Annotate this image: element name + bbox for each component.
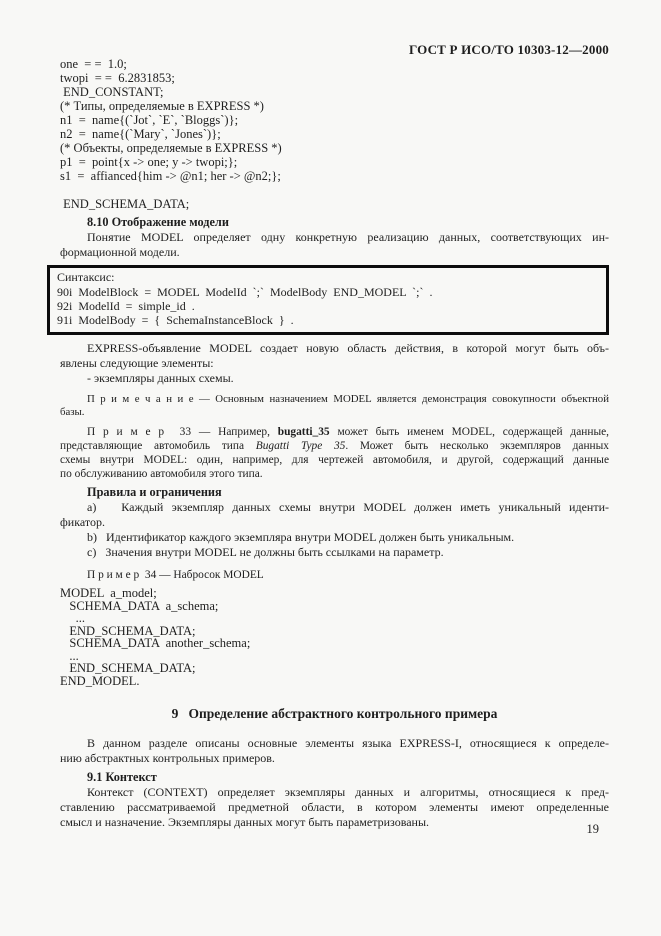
text-line: Понятие MODEL определяет одну конкретную… bbox=[60, 230, 609, 245]
rule-item-a: a) Каждый экземпляр данных схемы внутри … bbox=[60, 500, 609, 530]
text-line: П р и м е ч а н и е — Основным назначени… bbox=[60, 393, 609, 406]
text-line: В данном разделе описаны основные элемен… bbox=[60, 736, 609, 751]
text-line: фикатор. bbox=[60, 515, 609, 530]
text-line: представляющие автомобиль типа Bugatti T… bbox=[60, 439, 609, 453]
example-34-caption: П р и м е р 34 — Набросок MODEL bbox=[60, 568, 609, 582]
text-line: ставлению рассматриваемой предметной обл… bbox=[60, 800, 609, 815]
text-line: Контекст (CONTEXT) определяет экземпляры… bbox=[60, 785, 609, 800]
rule-item-b: b) Идентификатор каждого экземпляра внут… bbox=[60, 530, 609, 545]
text-line: a) Каждый экземпляр данных схемы внутри … bbox=[60, 500, 609, 515]
text-line: по обслуживанию автомобиля этого типа. bbox=[60, 467, 609, 481]
section-8-10-heading: 8.10 Отображение модели bbox=[60, 215, 609, 230]
schema-data-code-listing: one = = 1.0; twopi = = 6.2831853; END_CO… bbox=[60, 57, 609, 211]
text-line: явлены следующие элементы: bbox=[60, 356, 609, 371]
section-8-10-intro-paragraph: Понятие MODEL определяет одну конкретную… bbox=[60, 230, 609, 260]
document-page: ГОСТ Р ИСО/ТО 10303-12—2000 one = = 1.0;… bbox=[0, 0, 661, 936]
running-header: ГОСТ Р ИСО/ТО 10303-12—2000 bbox=[60, 42, 609, 57]
text-line: П р и м е р 34 — Набросок MODEL bbox=[60, 568, 609, 582]
syntax-box: Синтаксис: 90i ModelBlock = MODEL ModelI… bbox=[47, 265, 609, 335]
syntax-rules: 90i ModelBlock = MODEL ModelId `;` Model… bbox=[57, 285, 598, 327]
note-paragraph: П р и м е ч а н и е — Основным назначени… bbox=[60, 393, 609, 419]
model-scope-paragraph: EXPRESS-объявление MODEL создает новую о… bbox=[60, 341, 609, 371]
text-line: нию абстрактных контрольных примеров. bbox=[60, 751, 609, 766]
syntax-box-label: Синтаксис: bbox=[57, 270, 598, 285]
text-line: EXPRESS-объявление MODEL создает новую о… bbox=[60, 341, 609, 356]
text-line: смысл и назначение. Экземпляры данных мо… bbox=[60, 815, 609, 830]
scope-list-item: - экземпляры данных схемы. bbox=[60, 371, 609, 386]
model-sketch-code-listing: MODEL a_model; SCHEMA_DATA a_schema; ...… bbox=[60, 587, 609, 687]
text-line: схемы внутри MODEL: один, например, для … bbox=[60, 453, 609, 467]
page-number: 19 bbox=[587, 822, 600, 837]
rule-item-c: c) Значения внутри MODEL не должны быть … bbox=[60, 545, 609, 560]
text-line: формационной модели. bbox=[60, 245, 609, 260]
section-9-1-heading: 9.1 Контекст bbox=[60, 770, 609, 785]
text-line: c) Значения внутри MODEL не должны быть … bbox=[60, 545, 609, 560]
text-line: - экземпляры данных схемы. bbox=[60, 371, 609, 386]
text-line: П р и м е р 33 — Например, bugatti_35 мо… bbox=[60, 425, 609, 439]
example-33-paragraph: П р и м е р 33 — Например, bugatti_35 мо… bbox=[60, 425, 609, 481]
rules-and-constraints-heading: Правила и ограничения bbox=[60, 485, 609, 500]
section-9-heading: 9 Определение абстрактного контрольного … bbox=[60, 705, 609, 723]
text-line: базы. bbox=[60, 406, 609, 419]
text-line: b) Идентификатор каждого экземпляра внут… bbox=[60, 530, 609, 545]
context-paragraph: Контекст (CONTEXT) определяет экземпляры… bbox=[60, 785, 609, 830]
section-9-intro-paragraph: В данном разделе описаны основные элемен… bbox=[60, 736, 609, 766]
